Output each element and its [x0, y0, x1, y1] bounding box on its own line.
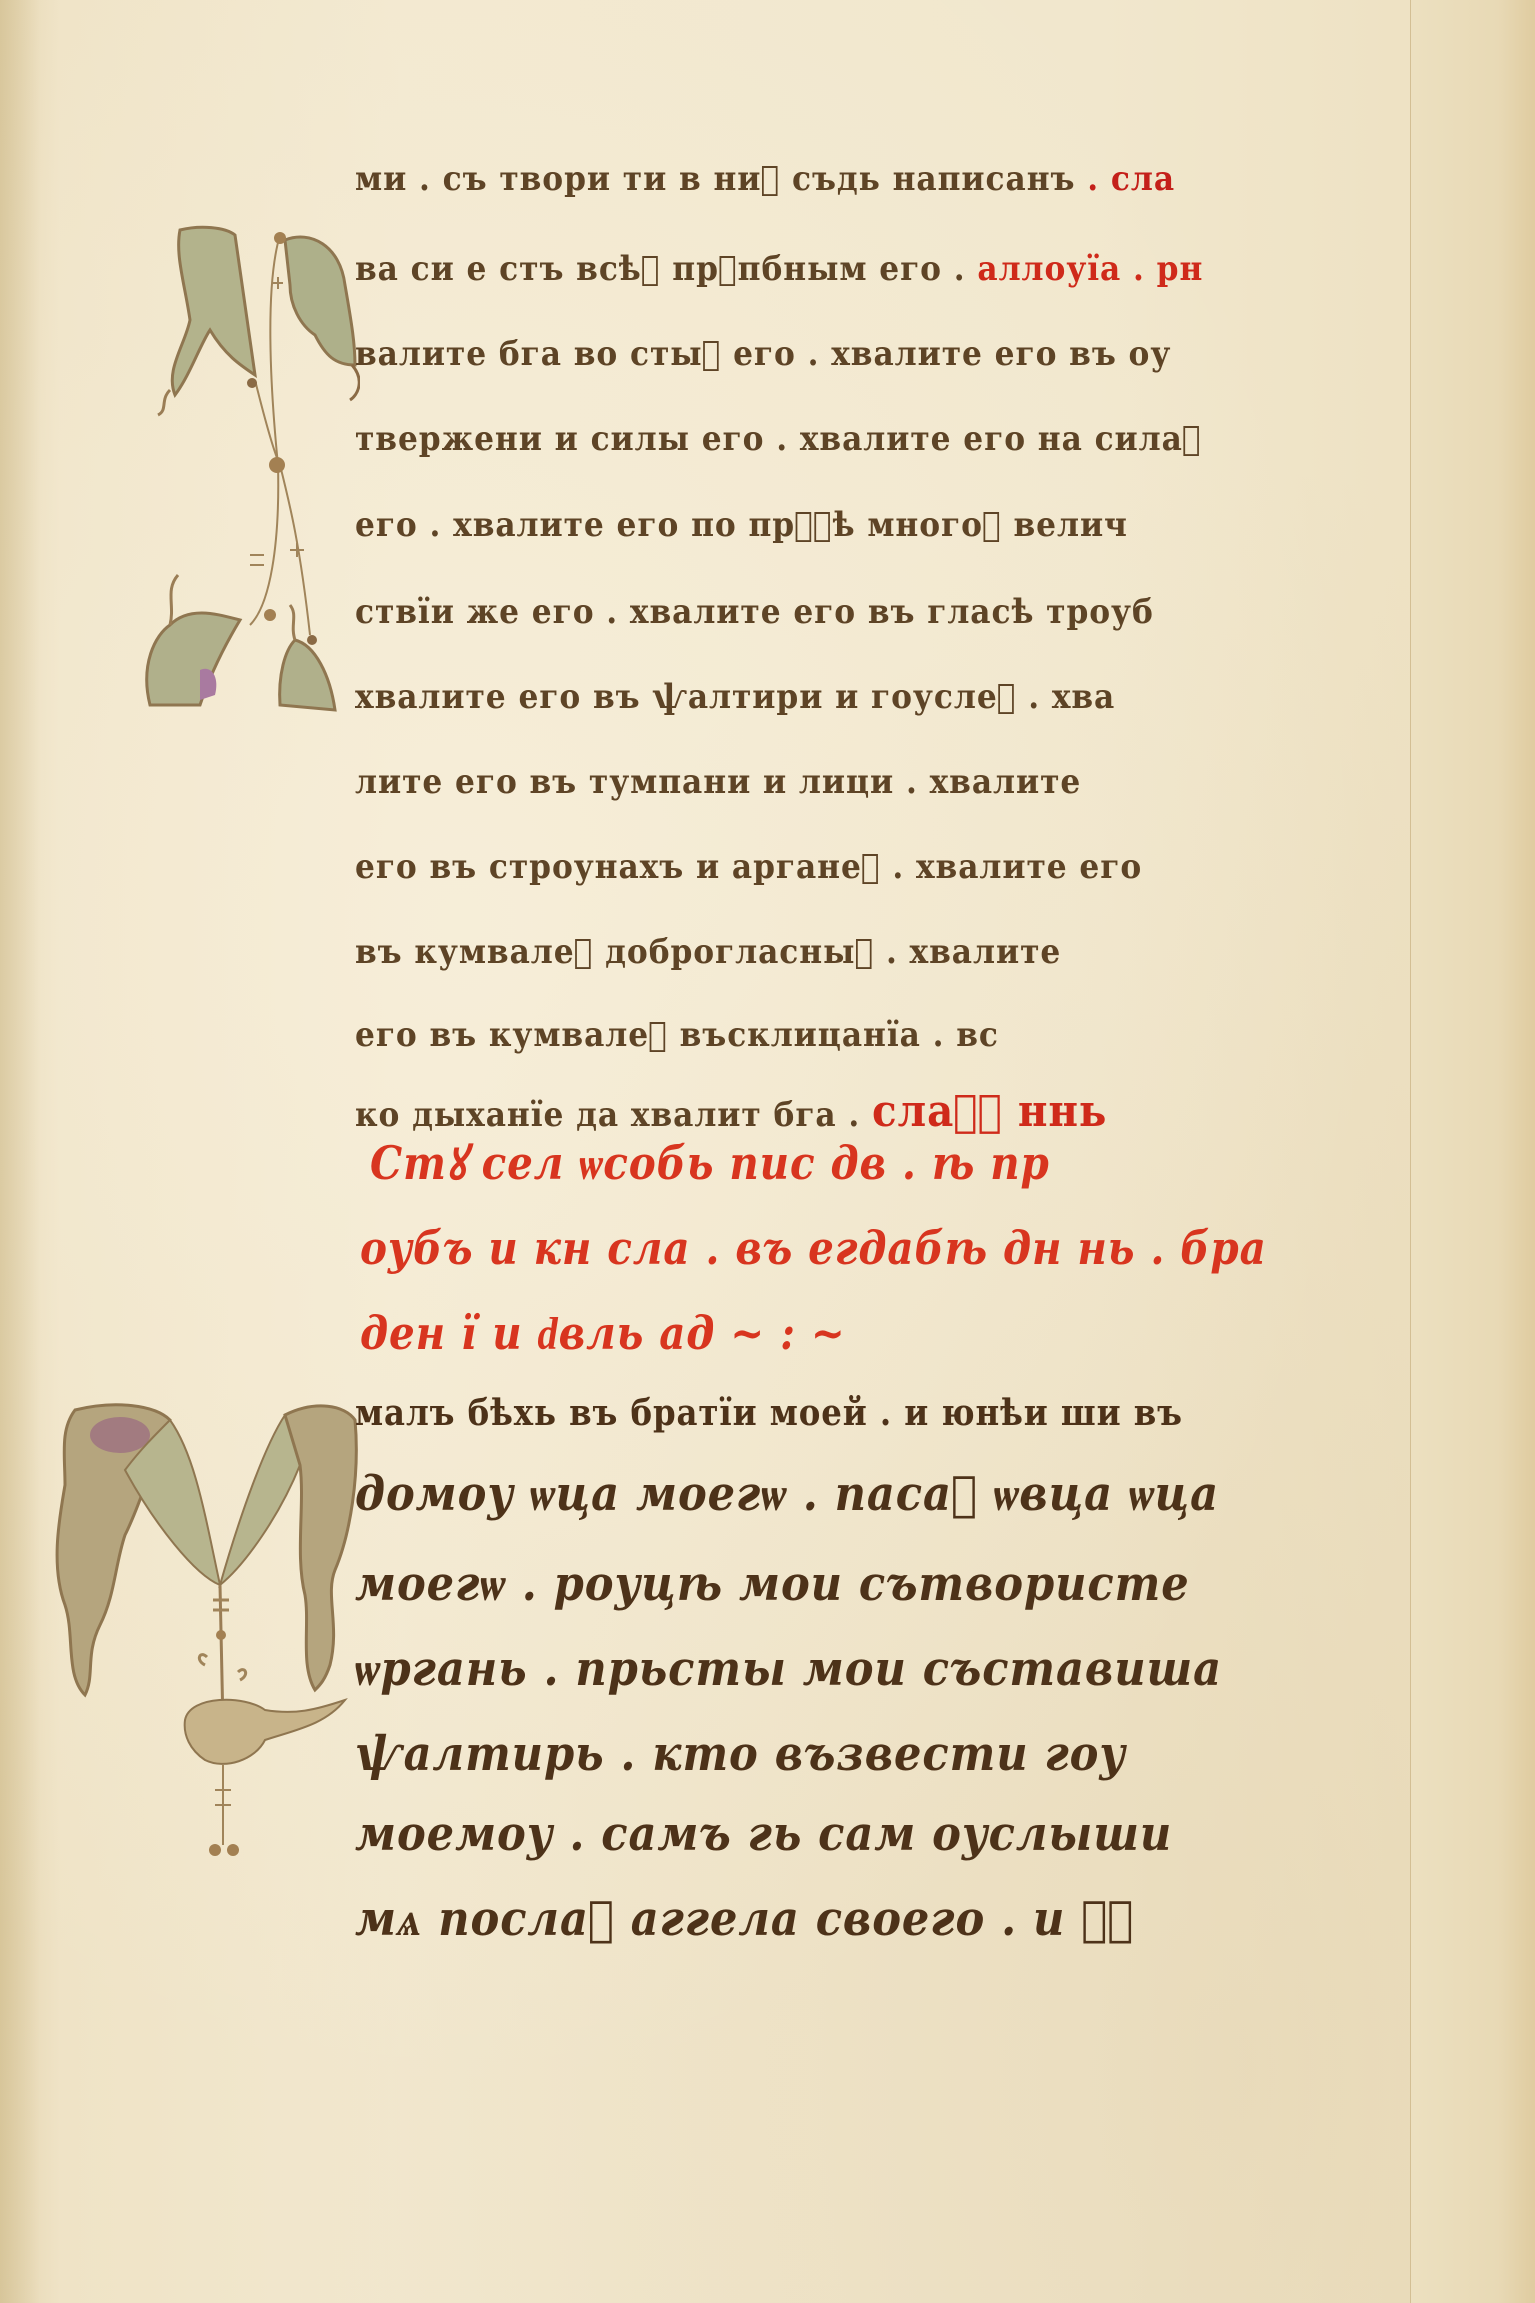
binding-gutter-shadow	[0, 0, 40, 2303]
lower-line-3: моегѡ . роуцѣ мои сътвористе	[355, 1560, 1190, 1608]
rubric-line-1: Стꙋ сел ѡсобь пис дв . ѣ пр	[370, 1140, 1050, 1186]
rubric-line-2: оубъ и кн сла . въ егдабѣ дн нь . бра	[360, 1225, 1267, 1271]
text-line-11: его въ кумвалеⷯ въсклицанїа . вс	[355, 1018, 999, 1052]
manuscript-page: ми . съ твори ти в ниⷯ съдь написанъ . с…	[0, 0, 1535, 2303]
text-line-7: хвалите его въ ѱалтири и гоуслеⷯ . хва	[355, 680, 1115, 714]
text-line-12: ко дыханїе да хвалит бга . слаⷡ҇ ннь	[355, 1090, 1107, 1134]
text-line-4: твержени и силы его . хвалите его на сил…	[355, 422, 1202, 456]
text-line-3: валите бга во стыⷯ его . хвалите его въ …	[355, 337, 1171, 371]
lower-line-5: ѱалтирь . кто възвести гоу	[355, 1730, 1126, 1778]
line-text: его въ кумвалеⷯ въсклицанїа . вс	[355, 1015, 999, 1055]
line-text: хвалите его въ ѱалтири и гоуслеⷯ . хва	[355, 677, 1115, 717]
lower-line-1: малъ бѣхь въ братїи моей . и юнѣи ши въ	[355, 1395, 1183, 1431]
line-text: его въ строунахъ и арганеⷯ . хвалите его	[355, 847, 1142, 887]
line-text: валите бга во стыⷯ его . хвалите его въ …	[355, 334, 1171, 374]
line-text: ко дыханїе да хвалит бга .	[355, 1095, 860, 1135]
text-line-5: его . хвалите его по прⷭ҇ѣ многоⷮ велич	[355, 508, 1128, 542]
line-text: лите его въ тумпани и лици . хвалите	[355, 762, 1081, 802]
line-text: ствїи же его . хвалите его въ гласѣ троу…	[355, 592, 1154, 632]
right-margin-strip	[1410, 0, 1535, 2303]
text-line-6: ствїи же его . хвалите его въ гласѣ троу…	[355, 595, 1154, 629]
glory-rubric: слаⷡ҇ ннь	[872, 1086, 1107, 1137]
text-line-9: его въ строунахъ и арганеⷯ . хвалите его	[355, 850, 1142, 884]
lower-line-7: мѧ послаⷶ аггела своего . и ѧⷮ	[355, 1895, 1134, 1943]
line-text: въ кумвалеⷯ доброгласныⷯ . хвалите	[355, 932, 1061, 972]
text-line-1: ми . съ твори ти в ниⷯ съдь написанъ . с…	[355, 162, 1175, 196]
text-line-2: ва си е стъ всѣⷨ прⷣпбным его . аллоуїа …	[355, 252, 1203, 286]
lower-line-6: моемоу . самъ гь сам оуслыши	[355, 1810, 1172, 1858]
lower-line-2: домоу ѡца моегѡ . пасаⷯ ѡвца ѡца	[355, 1470, 1219, 1518]
lower-line-4: ѡргань . прьсты мои съставиша	[355, 1645, 1222, 1693]
text-line-10: въ кумвалеⷯ доброгласныⷯ . хвалите	[355, 935, 1061, 969]
line-tail: . сла	[1087, 159, 1175, 199]
alleluia-rubric: аллоуїа . рн	[977, 249, 1203, 289]
text-line-8: лите его въ тумпани и лици . хвалите	[355, 765, 1081, 799]
decorated-initial-x-icon	[130, 205, 360, 715]
decorated-initial-m-icon	[45, 1395, 365, 1875]
line-text: его . хвалите его по прⷭ҇ѣ многоⷮ велич	[355, 505, 1128, 545]
line-text: твержени и силы его . хвалите его на сил…	[355, 419, 1202, 459]
line-text: ва си е стъ всѣⷨ прⷣпбным его .	[355, 249, 966, 289]
line-text: ми . съ твори ти в ниⷯ съдь написанъ	[355, 159, 1075, 199]
rubric-line-3: ден ї и ԁвль ад ~ : ~	[360, 1310, 846, 1356]
